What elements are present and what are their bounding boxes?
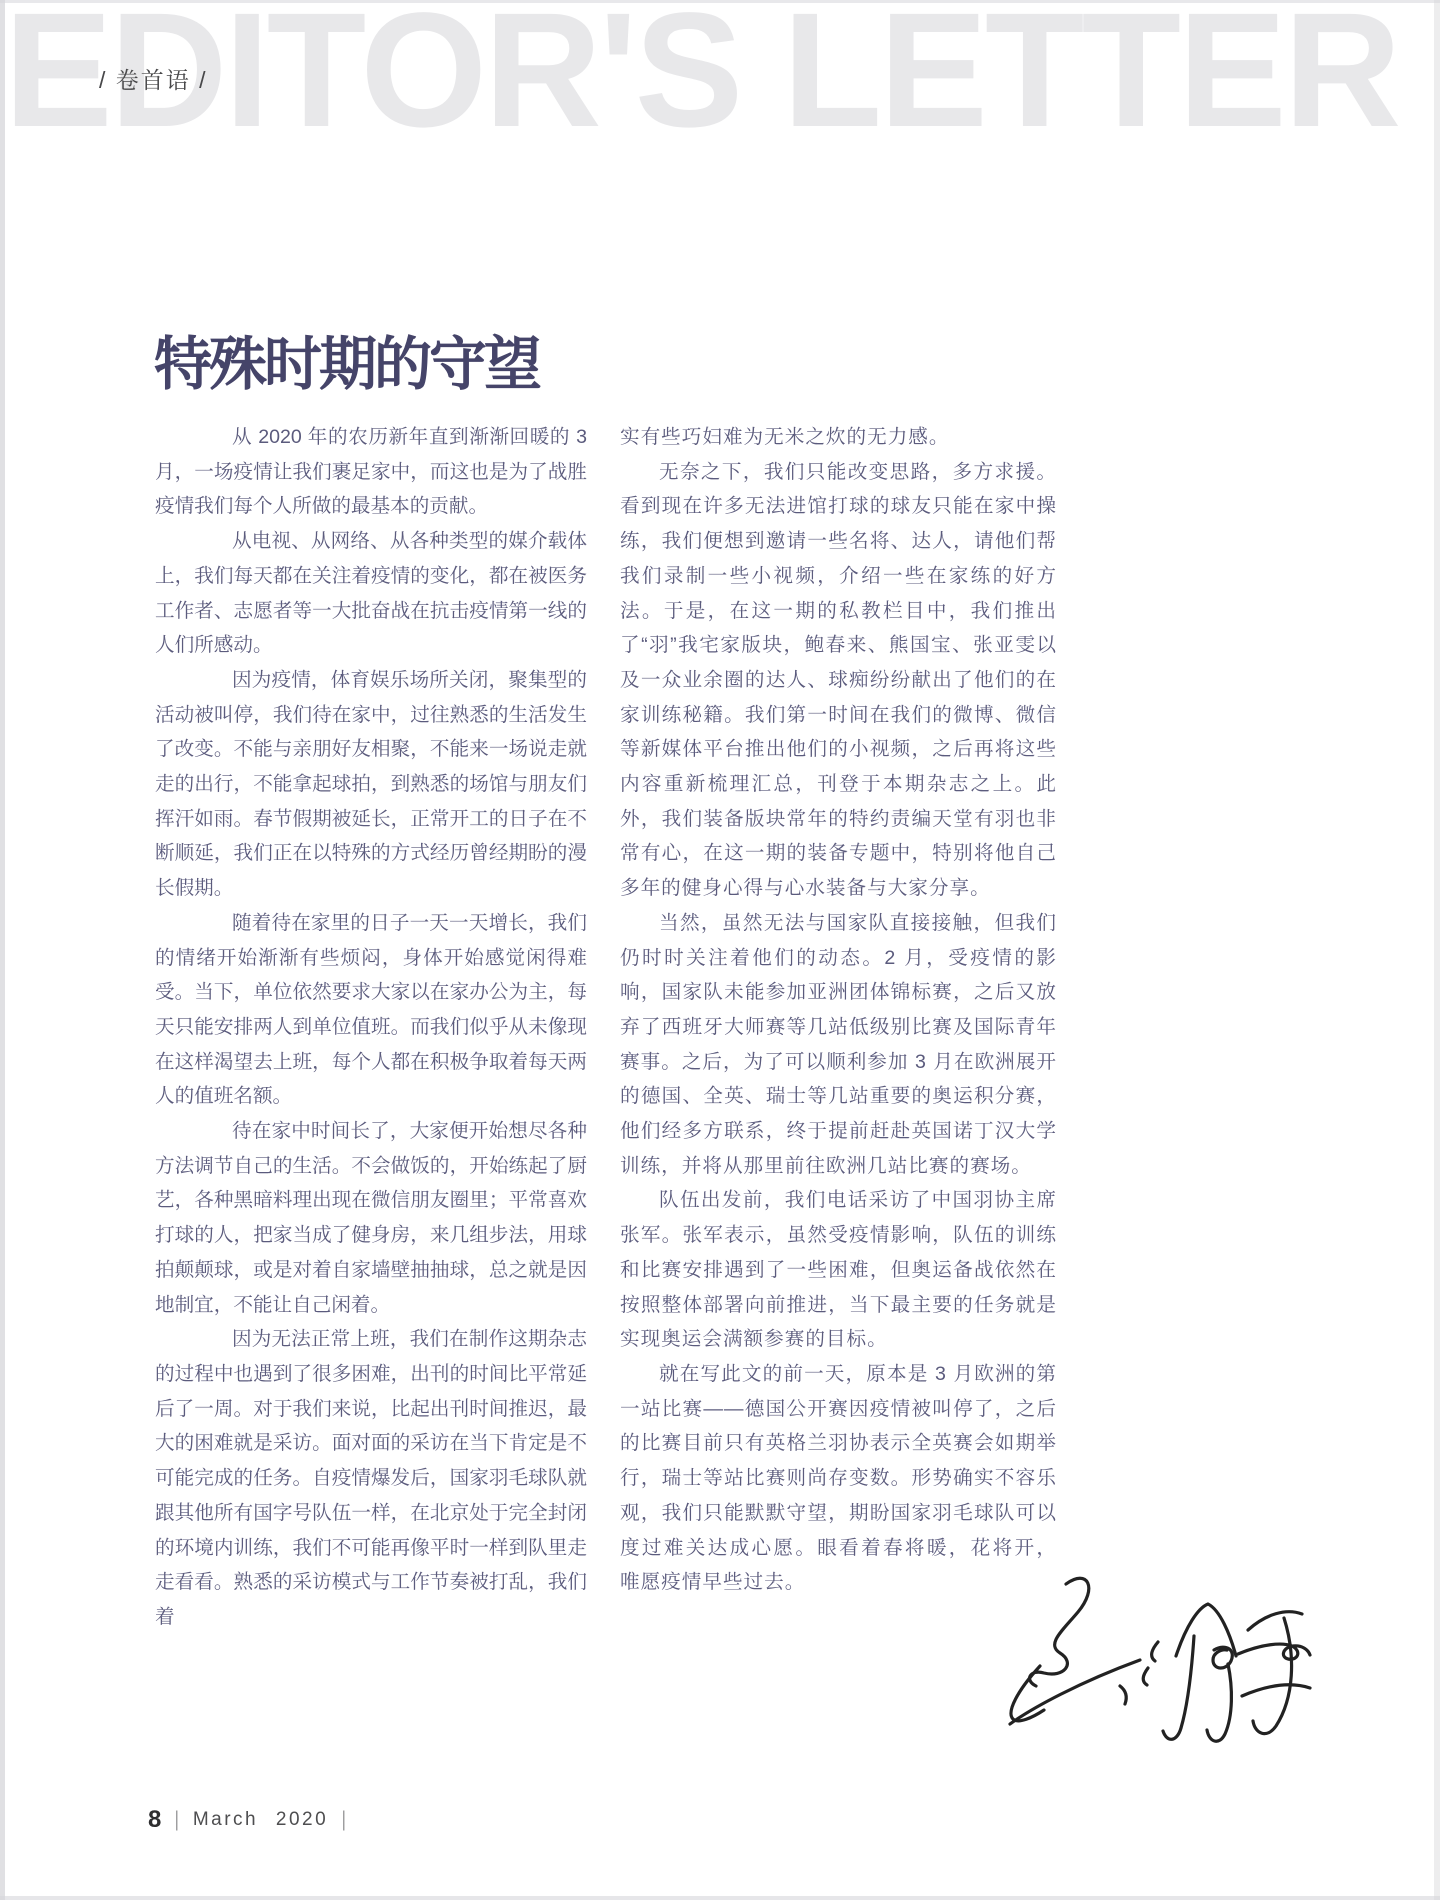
paragraph: 因为无法正常上班，我们在制作这期杂志的过程中也遇到了很多困难，出刊的时间比平常延… bbox=[155, 1322, 587, 1634]
paragraph: 待在家中时间长了，大家便开始想尽各种方法调节自己的生活。不会做饭的，开始练起了厨… bbox=[155, 1114, 587, 1322]
paragraph: 无奈之下，我们只能改变思路，多方求援。看到现在许多无法进馆打球的球友只能在家中操… bbox=[620, 455, 1057, 906]
paragraph: 因为疫情，体育娱乐场所关闭，聚集型的活动被叫停，我们待在家中，过往熟悉的生活发生… bbox=[155, 663, 587, 906]
paragraph: 随着待在家里的日子一天一天增长，我们的情绪开始渐渐有些烦闷，身体开始感觉闲得难受… bbox=[155, 906, 587, 1114]
paragraph: 就在写此文的前一天，原本是 3 月欧洲的第一站比赛——德国公开赛因疫情被叫停了，… bbox=[620, 1357, 1057, 1600]
paragraph: 从电视、从网络、从各种类型的媒介载体上，我们每天都在关注着疫情的变化，都在被医务… bbox=[155, 524, 587, 663]
watermark-editors-letter: EDITOR'S LETTER bbox=[4, 0, 1398, 151]
footer-separator: | bbox=[175, 1808, 179, 1832]
footer-separator: | bbox=[342, 1808, 346, 1832]
page-edge-bottom bbox=[0, 1896, 1440, 1900]
page-edge-right bbox=[1434, 0, 1440, 1900]
paragraph: 当然，虽然无法与国家队直接接触，但我们仍时时关注着他们的动态。2 月，受疫情的影… bbox=[620, 906, 1057, 1184]
paragraph: 队伍出发前，我们电话采访了中国羽协主席张军。张军表示，虽然受疫情影响，队伍的训练… bbox=[620, 1183, 1057, 1357]
section-label: / 卷首语 / bbox=[99, 62, 208, 95]
magazine-page: EDITOR'S LETTER / 卷首语 / 特殊时期的守望 从 2020 年… bbox=[0, 0, 1440, 1900]
issue-date: March 2020 bbox=[193, 1809, 328, 1831]
page-title: 特殊时期的守望 bbox=[154, 333, 539, 397]
footer: 8 | March 2020 | bbox=[148, 1806, 347, 1834]
paragraph: 实有些巧妇难为无米之炊的无力感。 bbox=[620, 420, 1057, 455]
article-column-left: 从 2020 年的农历新年直到渐渐回暖的 3 月，一场疫情让我们裹足家中，而这也… bbox=[155, 420, 587, 1635]
paragraph: 从 2020 年的农历新年直到渐渐回暖的 3 月，一场疫情让我们裹足家中，而这也… bbox=[155, 420, 587, 524]
page-edge-left bbox=[0, 0, 5, 1900]
handwritten-signature bbox=[980, 1566, 1315, 1766]
article-column-right: 实有些巧妇难为无米之炊的无力感。无奈之下，我们只能改变思路，多方求援。看到现在许… bbox=[620, 420, 1057, 1600]
page-number: 8 bbox=[148, 1806, 161, 1834]
